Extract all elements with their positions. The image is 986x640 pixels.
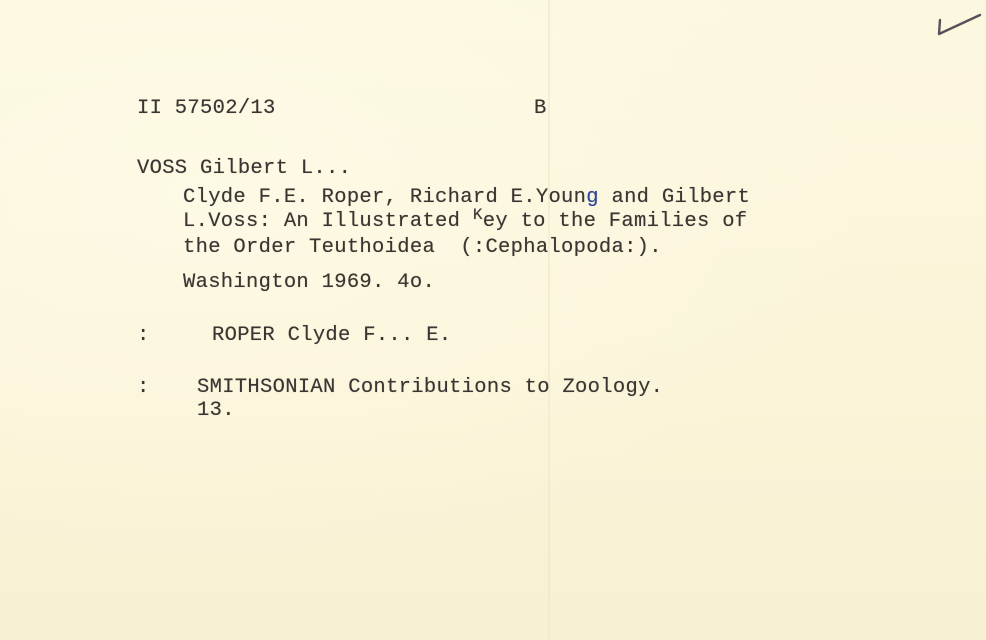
call-number: II 57502/13 [137,97,276,121]
ink-correction: g [586,186,599,209]
title-line-1: Clyde F.E. Roper, Richard E.Young and Gi… [183,186,750,210]
title-line-2-end: ey to the Families of [483,210,748,233]
title-line-2: L.Voss: An Illustrated Key to the Famili… [183,210,747,234]
location-letter: B [534,97,547,121]
main-entry-heading: VOSS Gilbert L... [137,157,351,181]
title-line-1-end: and Gilbert [599,186,750,209]
superscript-correction: K [473,206,483,224]
check-mark-icon [936,10,982,40]
added-entry-2-continuation: 13. [197,399,235,423]
title-line-2-text: L.Voss: An Illustrated [183,210,473,233]
title-line-3: the Order Teuthoidea (:Cephalopoda:). [183,236,662,260]
added-entry-marker-1: : [137,324,150,348]
catalog-card: II 57502/13 B VOSS Gilbert L... Clyde F.… [0,0,986,640]
added-entry-1: ROPER Clyde F... E. [212,324,451,348]
added-entry-2: SMITHSONIAN Contributions to Zoology. [197,376,663,400]
imprint: Washington 1969. 4o. [183,271,435,295]
added-entry-marker-2: : [137,376,150,400]
card-crease [548,0,550,640]
title-line-1-text: Clyde F.E. Roper, Richard E.Youn [183,186,586,209]
